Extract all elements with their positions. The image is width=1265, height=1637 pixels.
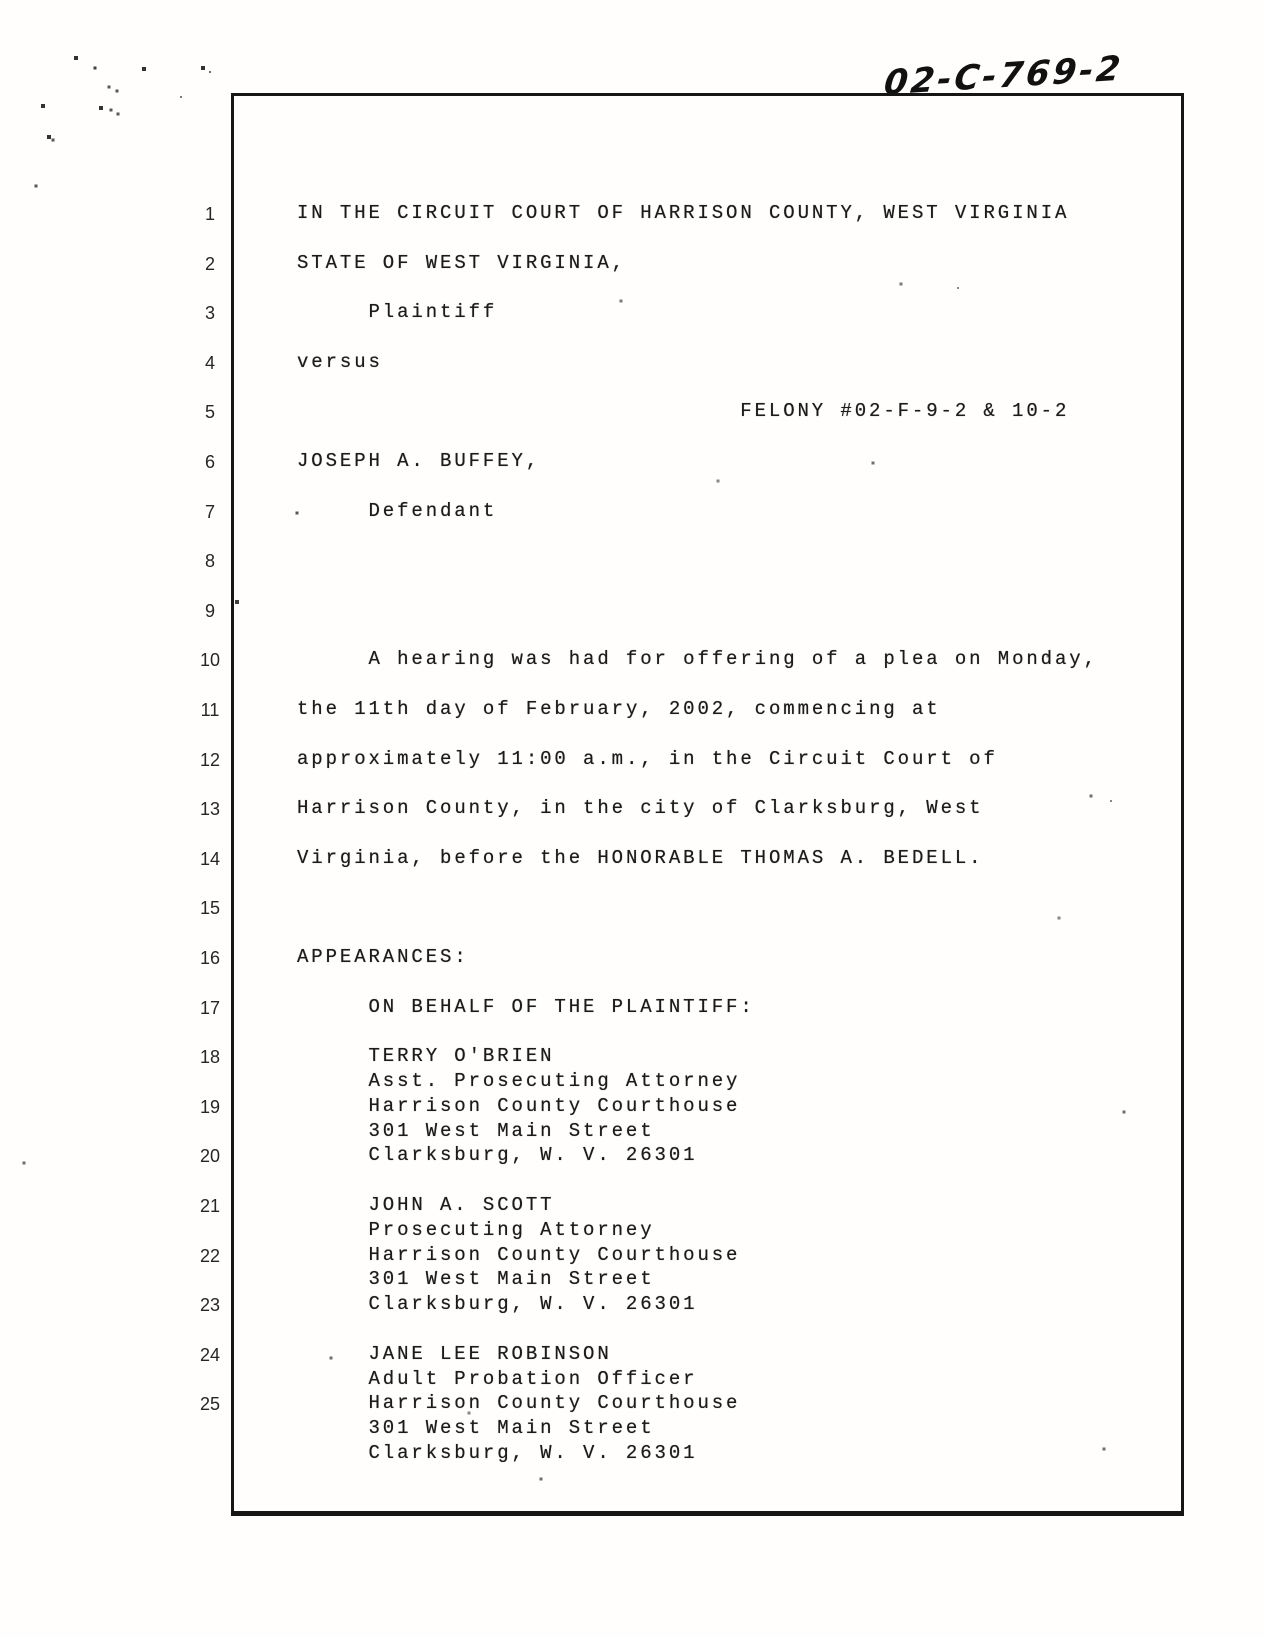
transcript-line: JOSEPH A. BUFFEY, xyxy=(297,452,540,471)
line-number: 21 xyxy=(191,1197,229,1215)
transcript-line: Clarksburg, W. V. 26301 xyxy=(369,1444,698,1463)
transcript-line: Harrison County Courthouse xyxy=(369,1097,741,1116)
transcript-line: Clarksburg, W. V. 26301 xyxy=(369,1146,698,1165)
line-number: 20 xyxy=(191,1147,229,1165)
line-number: 16 xyxy=(191,949,229,967)
transcript-line: ON BEHALF OF THE PLAINTIFF: xyxy=(369,998,755,1017)
line-number: 25 xyxy=(191,1395,229,1413)
line-number: 8 xyxy=(191,552,229,570)
transcript-line: FELONY #02-F-9-2 & 10-2 xyxy=(740,402,1069,421)
transcript-line: Harrison County Courthouse xyxy=(369,1246,741,1265)
transcript-line: A hearing was had for offering of a plea… xyxy=(369,650,1098,669)
transcript-line: 301 West Main Street xyxy=(369,1270,655,1289)
transcript-line: APPEARANCES: xyxy=(297,948,469,967)
transcript-line: Prosecuting Attorney xyxy=(369,1221,655,1240)
transcript-line: JOHN A. SCOTT xyxy=(369,1196,555,1215)
line-number: 11 xyxy=(191,701,229,719)
line-number: 4 xyxy=(191,354,229,372)
line-number: 3 xyxy=(191,304,229,322)
line-number: 6 xyxy=(191,453,229,471)
transcript-line: 301 West Main Street xyxy=(369,1419,655,1438)
transcript-line: TERRY O'BRIEN xyxy=(369,1047,555,1066)
line-number: 7 xyxy=(191,503,229,521)
line-number: 19 xyxy=(191,1098,229,1116)
line-number: 5 xyxy=(191,403,229,421)
transcript-line: Virginia, before the HONORABLE THOMAS A.… xyxy=(297,849,984,868)
transcript-line: Adult Probation Officer xyxy=(369,1370,698,1389)
line-number: 23 xyxy=(191,1296,229,1314)
transcript-line: STATE OF WEST VIRGINIA, xyxy=(297,254,626,273)
line-number: 15 xyxy=(191,899,229,917)
transcript-line: Asst. Prosecuting Attorney xyxy=(369,1072,741,1091)
transcript-line: Harrison County, in the city of Clarksbu… xyxy=(297,799,984,818)
transcript-line: Plaintiff xyxy=(369,303,498,322)
line-number: 10 xyxy=(191,651,229,669)
scanned-transcript-page: 02-C-769-2 12345678910111213141516171819… xyxy=(0,0,1265,1637)
line-number: 13 xyxy=(191,800,229,818)
transcript-line: Harrison County Courthouse xyxy=(369,1394,741,1413)
transcript-line: the 11th day of February, 2002, commenci… xyxy=(297,700,941,719)
transcript-line: JANE LEE ROBINSON xyxy=(369,1345,612,1364)
line-number: 12 xyxy=(191,751,229,769)
line-number: 1 xyxy=(191,205,229,223)
transcript-line: versus xyxy=(297,353,383,372)
transcript-line: 301 West Main Street xyxy=(369,1122,655,1141)
transcript-line: approximately 11:00 a.m., in the Circuit… xyxy=(297,750,998,769)
line-number: 24 xyxy=(191,1346,229,1364)
transcript-line: Clarksburg, W. V. 26301 xyxy=(369,1295,698,1314)
line-number: 2 xyxy=(191,255,229,273)
transcript-line: Defendant xyxy=(369,502,498,521)
transcript-line: IN THE CIRCUIT COURT OF HARRISON COUNTY,… xyxy=(297,204,1069,223)
line-number: 9 xyxy=(191,602,229,620)
line-number: 22 xyxy=(191,1247,229,1265)
line-number: 17 xyxy=(191,999,229,1017)
line-number: 14 xyxy=(191,850,229,868)
scan-speckle-noise xyxy=(0,0,2,2)
line-number: 18 xyxy=(191,1048,229,1066)
